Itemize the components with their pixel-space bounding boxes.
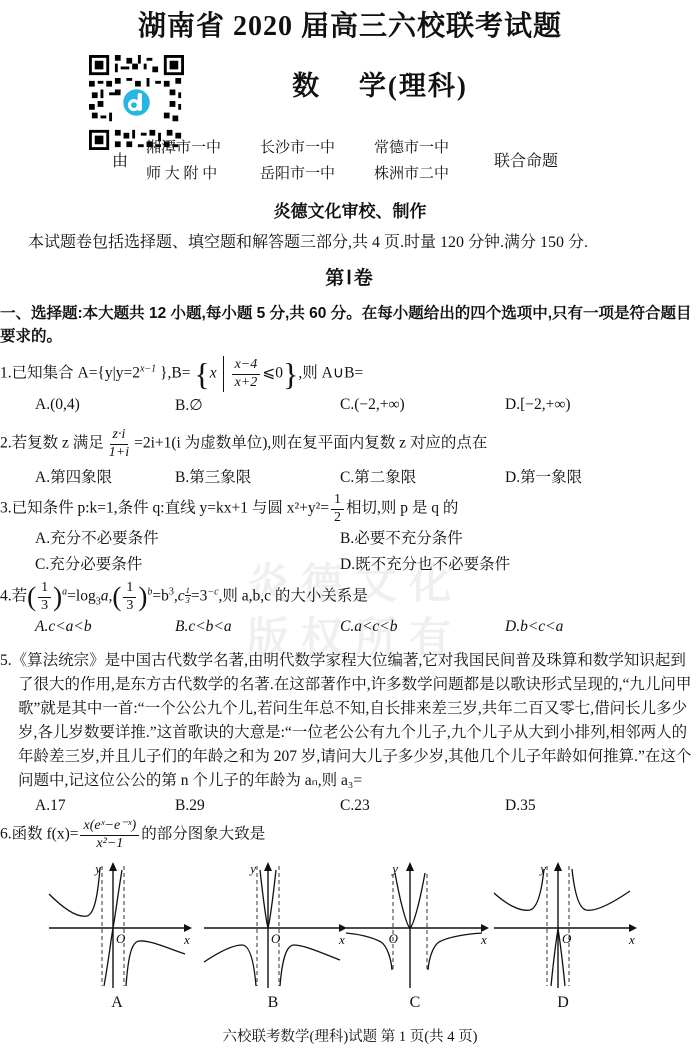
fraction: 13: [38, 580, 51, 614]
origin-label: O: [562, 931, 572, 946]
option: D.[−2,+∞): [505, 396, 571, 415]
option: A.充分不必要条件: [35, 526, 340, 552]
question-5-stem: 5.《算法统宗》是中国古代数学名著,由明代数学家程大位编著,它对我国民间普及珠算…: [0, 649, 696, 793]
graph-option-c: O x y: [340, 860, 490, 992]
x-axis-arrow: [629, 924, 637, 932]
schools-grid: 湘潭市一中 长沙市一中 常德市一中 师 大 附 中 岳阳市一中 株洲市二中: [146, 136, 488, 183]
option: C.(−2,+∞): [340, 396, 505, 415]
origin-label: O: [389, 931, 399, 946]
question-1: 1.已知集合 A={y|y=2x−1 },B= {xx−4x+2⩽0},则 A∪…: [0, 356, 700, 415]
question-2-options: A.第四象限 B.第三象限 C.第二象限 D.第一象限: [0, 465, 700, 487]
y-axis-label: y: [93, 861, 101, 876]
fraction: 13: [123, 580, 136, 614]
qr-logo-icon: [121, 87, 153, 119]
graph-option-d: O x y: [488, 860, 638, 992]
set-divider-bar: [223, 356, 224, 392]
school-name: 岳阳市一中: [260, 162, 374, 183]
question-3-options-row1: A.充分不必要条件 B.必要不充分条件: [0, 526, 700, 552]
curve: [346, 873, 482, 970]
subject-title: 数 学(理科): [235, 64, 525, 103]
section-heading: 一、选择题:本大题共 12 小题,每小题 5 分,共 60 分。在每小题给出的四…: [0, 302, 698, 348]
y-axis-arrow: [264, 862, 272, 871]
exam-intro: 本试题卷包括选择题、填空题和解答题三部分,共 4 页.时量 120 分钟.满分 …: [28, 229, 688, 252]
x-axis-label: x: [628, 932, 635, 947]
question-1-options: A.(0,4) B.∅ C.(−2,+∞) D.[−2,+∞): [0, 396, 700, 415]
question-4: 4.若(13)a=log3a,(13)b=b3,c13=3−c,则 a,b,c …: [0, 580, 700, 636]
y-axis-label: y: [248, 861, 256, 876]
option: A.c<a<b: [35, 618, 175, 636]
question-5: 5.《算法统宗》是中国古代数学名著,由明代数学家程大位编著,它对我国民间普及珠算…: [0, 649, 700, 815]
option: A.(0,4): [35, 396, 175, 415]
page-title: 湖南省 2020 届高三六校联考试题: [0, 4, 700, 44]
question-6-stem: 6.函数 f(x)=x(eˣ−e⁻ˣ)x²−1的部分图象大致是: [0, 818, 700, 852]
graph-label-a: A: [104, 994, 130, 1012]
option: D.b<c<a: [505, 618, 563, 636]
fraction: 12: [331, 492, 344, 526]
paren-open: (: [27, 582, 36, 612]
school-name: 湘潭市一中: [146, 136, 260, 157]
option: D.第一象限: [505, 465, 582, 487]
option: B.c<b<a: [175, 618, 340, 636]
school-name: 株洲市二中: [374, 162, 488, 183]
question-6-graphs: O x y O x y: [0, 860, 700, 994]
question-1-stem: 1.已知集合 A={y|y=2x−1 },B= {xx−4x+2⩽0},则 A∪…: [0, 356, 700, 392]
school-name: 长沙市一中: [260, 136, 374, 157]
option: C.第二象限: [340, 465, 505, 487]
graph-label-b: B: [260, 994, 286, 1012]
y-axis-arrow: [554, 862, 562, 871]
curve: [49, 868, 185, 986]
school-name: 常德市一中: [374, 136, 488, 157]
brace-open: {: [194, 356, 209, 392]
graph-option-b: O x y: [198, 860, 348, 992]
brace-close: }: [283, 356, 298, 392]
producer-line: 炎德文化审校、制作: [0, 197, 700, 222]
exam-page: 湖南省 2020 届高三六校联考试题 数 学(理科) 由 湘潭市一中 长沙市: [0, 0, 700, 1051]
origin-label: O: [116, 931, 126, 946]
fraction: x(eˣ−e⁻ˣ)x²−1: [80, 818, 139, 852]
graph-label-c: C: [402, 994, 428, 1012]
y-axis-arrow: [406, 862, 414, 871]
joint-label: 联合命题: [494, 148, 558, 171]
question-2-stem: 2.若复数 z 满足z·i1+i=2i+1(i 为虚数单位),则在复平面内复数 …: [0, 427, 700, 461]
part-title: 第Ⅰ卷: [0, 263, 700, 290]
question-3-stem: 3.已知条件 p:k=1,条件 q:直线 y=kx+1 与圆 x²+y²=12相…: [0, 492, 700, 526]
paren-close: ): [138, 582, 147, 612]
graph-labels: A B C D: [0, 994, 700, 1016]
fraction: z·i1+i: [106, 427, 132, 461]
question-5-options: A.17 B.29 C.23 D.35: [0, 797, 700, 815]
paren-open: (: [112, 582, 121, 612]
option: C.23: [340, 797, 505, 815]
by-label: 由: [112, 148, 128, 171]
graph-option-a: O x y: [43, 860, 193, 992]
option: B.必要不充分条件: [340, 526, 463, 552]
x-axis-arrow: [184, 924, 192, 932]
question-3-options-row2: C.充分必要条件 D.既不充分也不必要条件: [0, 552, 700, 578]
option: A.17: [35, 797, 175, 815]
option: D.既不充分也不必要条件: [340, 552, 510, 578]
option: B.∅: [175, 396, 340, 415]
y-axis-label: y: [390, 861, 398, 876]
x-axis-label: x: [183, 932, 190, 947]
y-axis-label: y: [538, 861, 546, 876]
byline: 由 湘潭市一中 长沙市一中 常德市一中 师 大 附 中 岳阳市一中 株洲市二中 …: [112, 136, 558, 183]
option: A.第四象限: [35, 465, 175, 487]
question-4-stem: 4.若(13)a=log3a,(13)b=b3,c13=3−c,则 a,b,c …: [0, 580, 700, 614]
option: C.a<c<b: [340, 618, 505, 636]
school-name: 师 大 附 中: [146, 162, 260, 183]
y-axis-arrow: [109, 862, 117, 871]
option: D.35: [505, 797, 536, 815]
page-footer: 六校联考数学(理科)试题 第 1 页(共 4 页): [0, 1025, 700, 1046]
graph-label-d: D: [550, 994, 576, 1012]
option: B.第三象限: [175, 465, 340, 487]
paren-close: ): [53, 582, 62, 612]
question-4-options: A.c<a<b B.c<b<a C.a<c<b D.b<c<a: [0, 618, 700, 636]
x-axis-label: x: [480, 932, 487, 947]
question-2: 2.若复数 z 满足z·i1+i=2i+1(i 为虚数单位),则在复平面内复数 …: [0, 427, 700, 487]
option: B.29: [175, 797, 340, 815]
origin-label: O: [271, 931, 281, 946]
fraction: x−4x+2: [232, 357, 261, 391]
question-6: 6.函数 f(x)=x(eˣ−e⁻ˣ)x²−1的部分图象大致是: [0, 818, 700, 852]
question-3: 3.已知条件 p:k=1,条件 q:直线 y=kx+1 与圆 x²+y²=12相…: [0, 492, 700, 578]
option: C.充分必要条件: [35, 552, 340, 578]
